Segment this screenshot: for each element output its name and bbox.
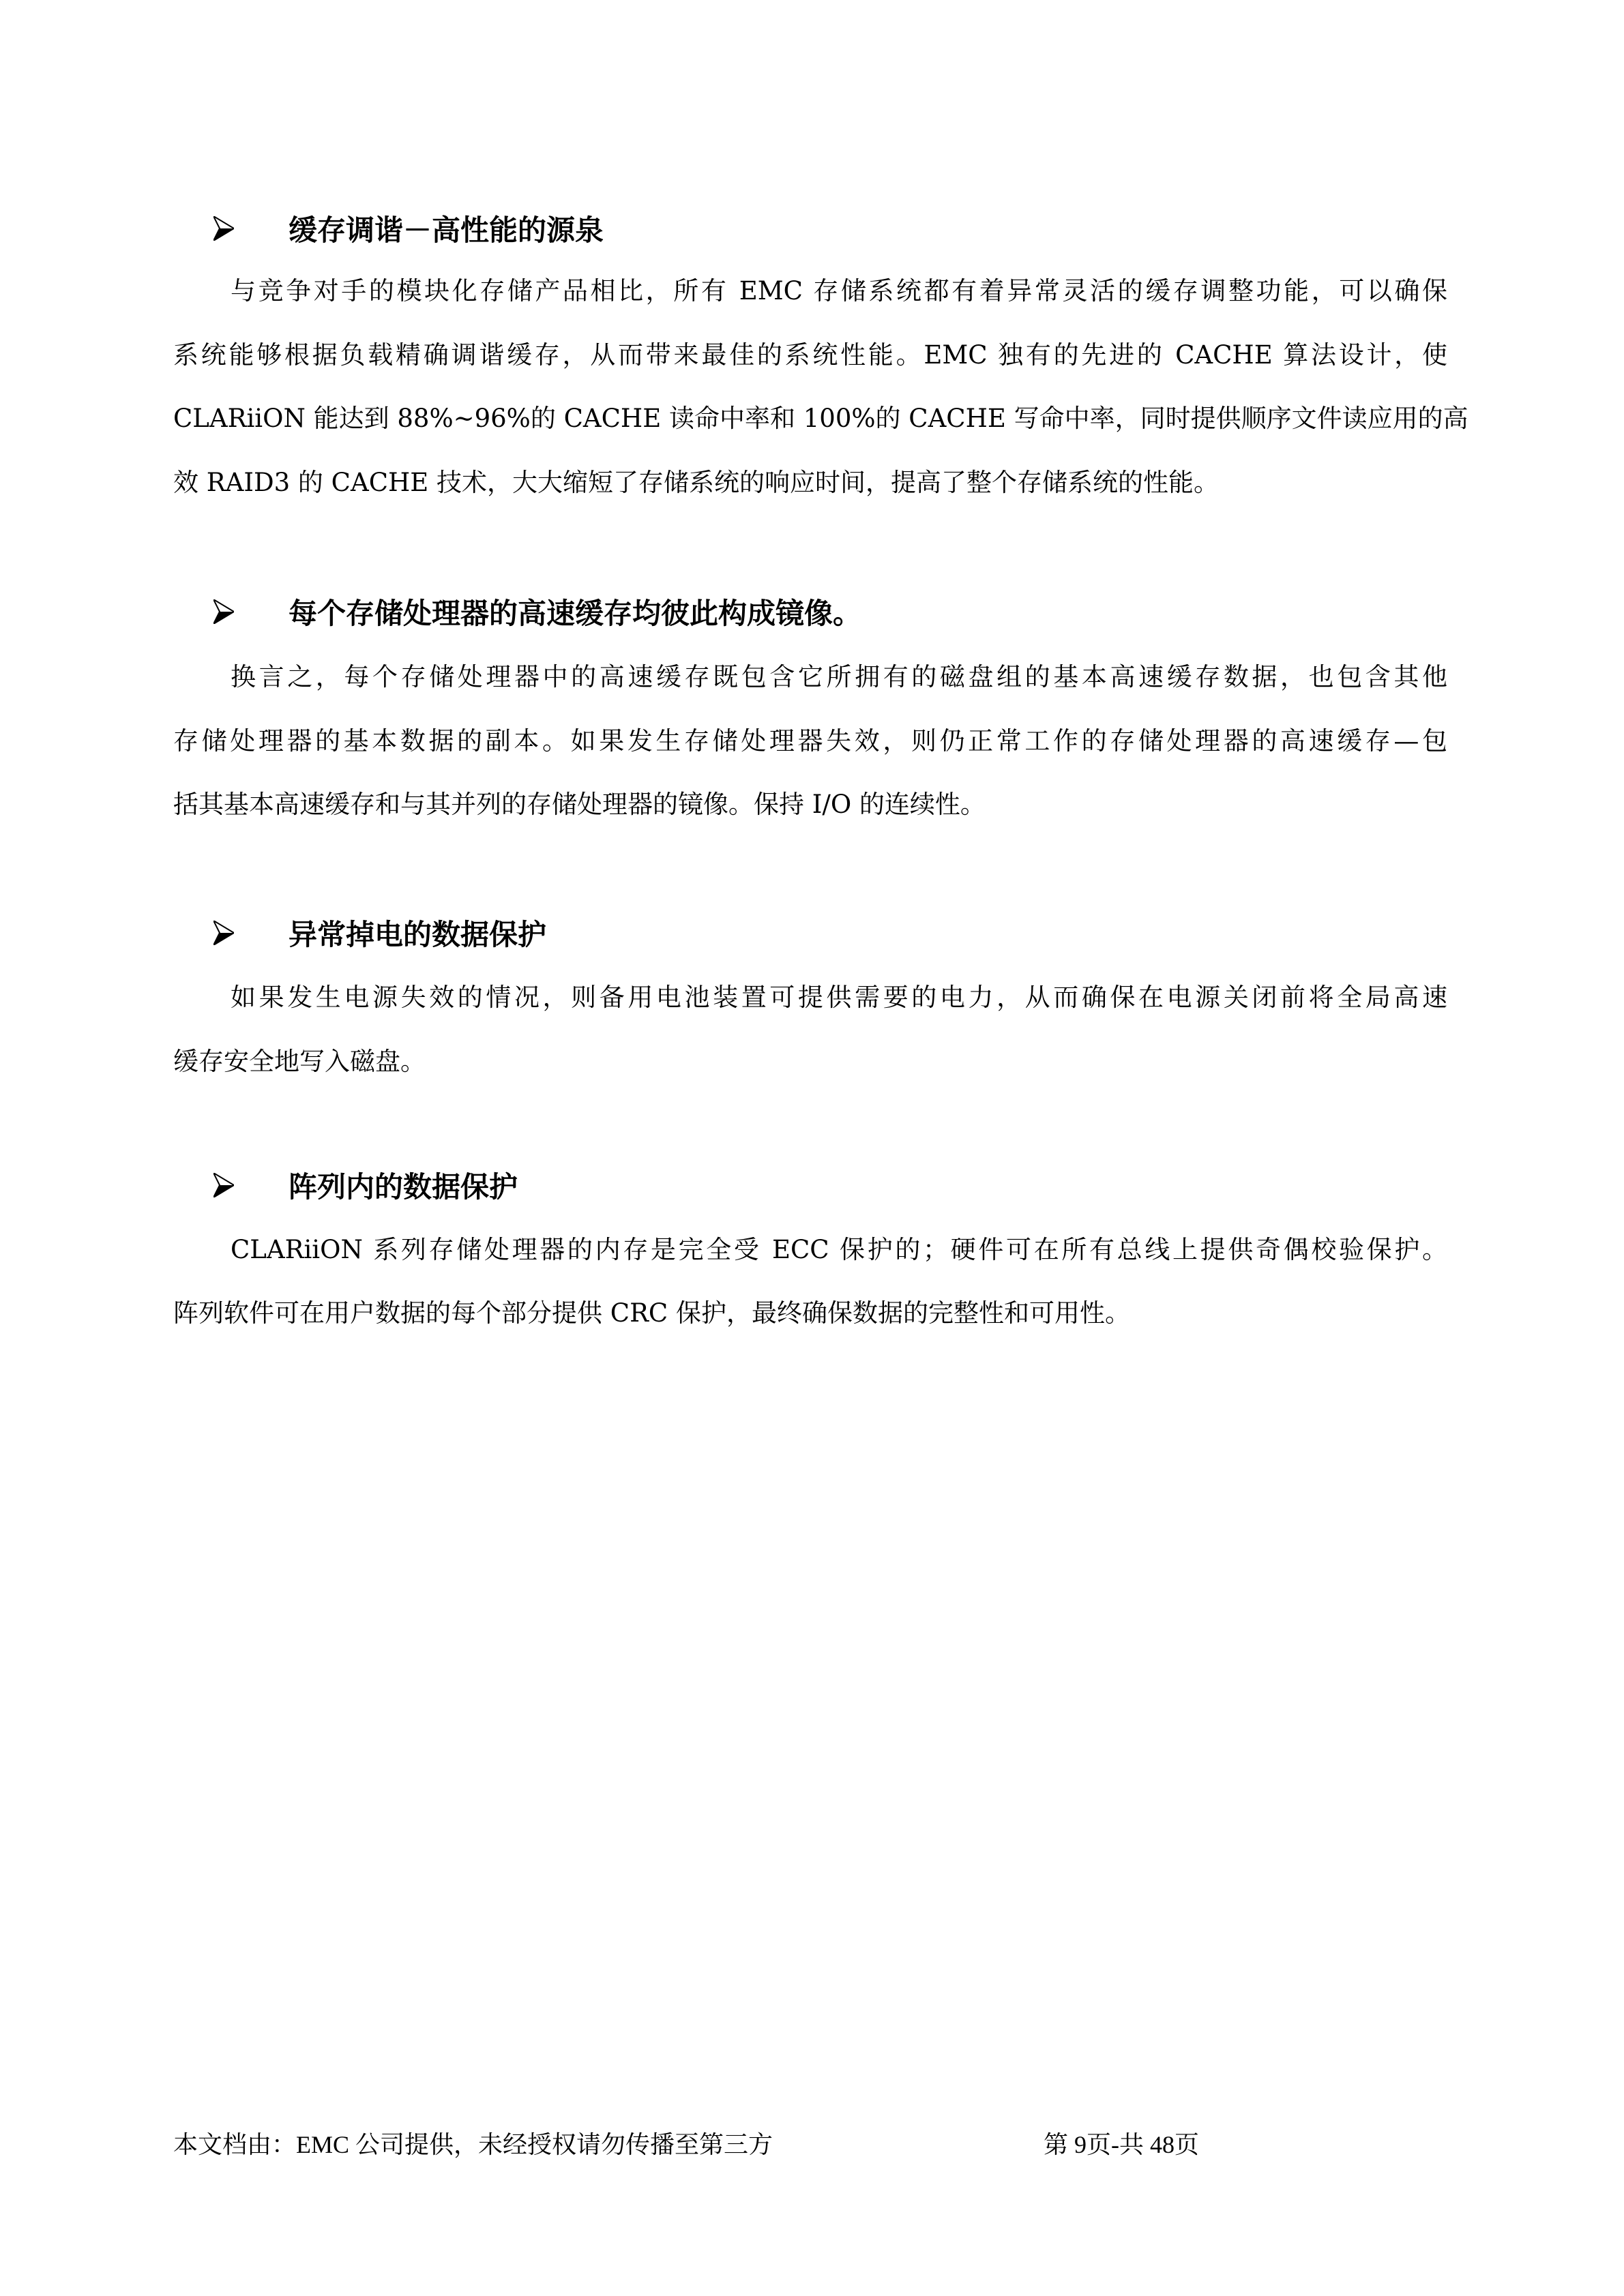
paragraph-line: 阵列软件可在用户数据的每个部分提供 CRC 保护，最终确保数据的完整性和可用性。 (173, 1293, 1447, 1334)
section-heading: 每个存储处理器的高速缓存均彼此构成镜像。 (213, 591, 1441, 632)
paragraph-line: 系统能够根据负载精确调谐缓存，从而带来最佳的系统性能。EMC 独有的先进的 CA… (173, 335, 1447, 376)
section-heading-text: 异常掉电的数据保护 (289, 912, 546, 953)
arrowhead-bullet-icon (213, 919, 289, 946)
arrowhead-bullet-icon (213, 598, 289, 625)
paragraph-line: 括其基本高速缓存和与其并列的存储处理器的镜像。保持 I/O 的连续性。 (173, 784, 1447, 825)
paragraph-line: 效 RAID3 的 CACHE 技术，大大缩短了存储系统的响应时间，提高了整个存… (173, 462, 1447, 503)
section-heading-text: 阵列内的数据保护 (289, 1165, 518, 1206)
section-heading: 阵列内的数据保护 (213, 1165, 1441, 1206)
footer-notice: 本文档由：EMC 公司提供，未经授权请勿传播至第三方 (173, 2128, 773, 2162)
section-heading-text: 每个存储处理器的高速缓存均彼此构成镜像。 (289, 591, 861, 632)
arrowhead-bullet-icon (213, 215, 289, 242)
document-page: 缓存调谐－高性能的源泉 与竞争对手的模块化存储产品相比，所有 EMC 存储系统都… (0, 0, 1624, 2296)
paragraph-line: 与竞争对手的模块化存储产品相比，所有 EMC 存储系统都有着异常灵活的缓存调整功… (231, 271, 1447, 312)
paragraph-line: 如果发生电源失效的情况，则备用电池装置可提供需要的电力，从而确保在电源关闭前将全… (231, 977, 1447, 1018)
paragraph-line: 换言之，每个存储处理器中的高速缓存既包含它所拥有的磁盘组的基本高速缓存数据，也包… (231, 657, 1447, 698)
paragraph-line: CLARiiON 系列存储处理器的内存是完全受 ECC 保护的；硬件可在所有总线… (231, 1229, 1447, 1270)
arrowhead-bullet-icon (213, 1172, 289, 1199)
footer-page-number: 第 9页-共 48页 (1044, 2128, 1199, 2162)
paragraph-line: 缓存安全地写入磁盘。 (173, 1041, 1447, 1082)
paragraph-line: 存储处理器的基本数据的副本。如果发生存储处理器失效，则仍正常工作的存储处理器的高… (173, 721, 1447, 762)
section-heading-text: 缓存调谐－高性能的源泉 (289, 208, 604, 249)
section-heading: 缓存调谐－高性能的源泉 (213, 208, 1441, 249)
paragraph-line: CLARiiON 能达到 88%~96%的 CACHE 读命中率和 100%的 … (173, 398, 1447, 439)
section-heading: 异常掉电的数据保护 (213, 912, 1441, 953)
